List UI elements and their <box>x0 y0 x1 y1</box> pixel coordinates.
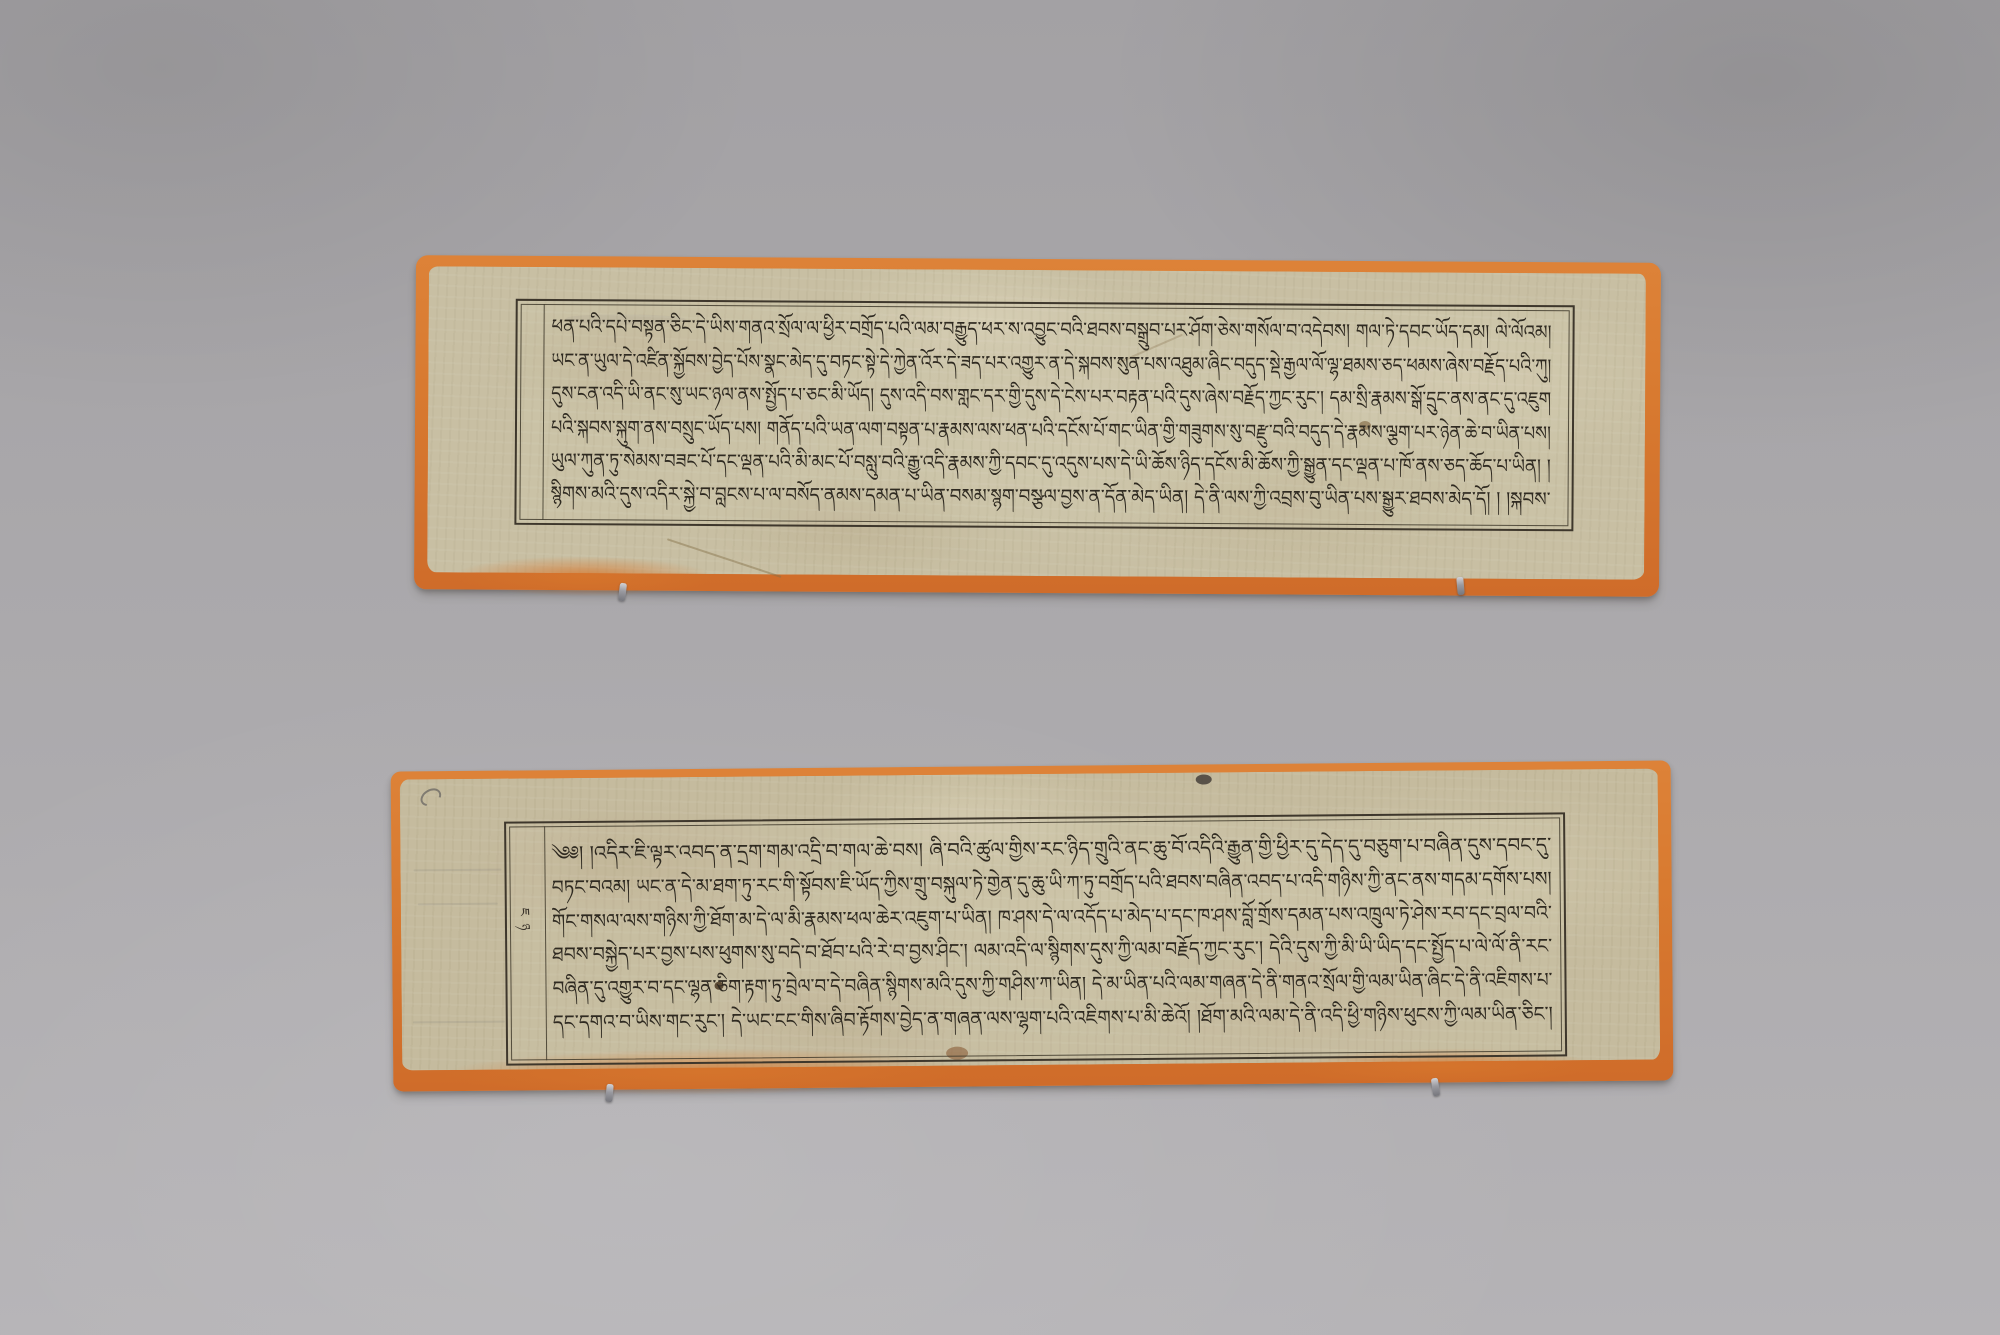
text-line: ཕན་པའི་དཔེ་བསྟན་ཅིང་དེ་ཡིས་གནའ་སྲོལ་ལ་ཕྱ… <box>551 311 1551 353</box>
text-line: ཡུལ་ཀུན་ཏུ་སེམས་བཟང་པོ་དང་ལྡན་པའི་མི་མང་… <box>551 445 1551 485</box>
text-line: བཞིན་དུ་འགྱུར་བ་དང་ལྷན་ཅིག་རྟག་ཏུ་བྲེལ་བ… <box>552 964 1552 1005</box>
text-line: དུས་ངན་འདི་ཡི་ནང་སུ་ཡང་ཉལ་ནས་སྤྱོད་པ་ཅང་… <box>551 378 1551 416</box>
edge-paint-blotch <box>454 555 714 597</box>
photo-canvas: ཕན་པའི་དཔེ་བསྟན་ཅིང་དེ་ཡིས་གནའ་སྲོལ་ལ་ཕྱ… <box>0 0 2000 1335</box>
mounting-pin <box>618 583 627 602</box>
text-line: ཐབས་བསྐྱེད་པར་བྱས་པས་ཕུགས་སུ་བདེ་བ་ཐོབ་པ… <box>552 928 1552 972</box>
margin-label-glyph: ཇ <box>517 908 530 916</box>
manuscript-leaf-bottom: ཇ ཉ ༄༅། །འདིར་ཇི་ལྟར་འབད་ན་དྲག་གམ་འདྲི་བ… <box>391 760 1674 1091</box>
text-line: བཏང་བའམ། ཡང་ན་དེ་མ་ཐག་ཏུ་རང་གི་སྟོབས་ཇི་… <box>552 863 1552 907</box>
text-line: སྙིགས་མའི་དུས་འདིར་སྐྱེ་བ་བླངས་པ་ལ་བསོད་… <box>550 478 1550 518</box>
text-line: པའི་སྐབས་སྐུག་ནས་བསྲུང་ཡོད་པས། གནོད་པའི་… <box>551 412 1551 453</box>
stain <box>1196 774 1212 784</box>
mounting-pin <box>605 1084 614 1103</box>
tibetan-text-block-bottom: ༄༅། །འདིར་ཇི་ལྟར་འབད་ན་དྲག་གམ་འདྲི་བ་གལ་… <box>549 821 1556 1055</box>
manuscript-leaf-top: ཕན་པའི་དཔེ་བསྟན་ཅིང་དེ་ཡིས་གནའ་སྲོལ་ལ་ཕྱ… <box>414 255 1661 597</box>
text-line: ཡང་ན་ཡུལ་དེ་འཛིན་སྐྱོབས་བྱེད་པོས་སྣང་མེད… <box>551 345 1551 384</box>
margin-label-glyph: ཉ <box>517 923 530 931</box>
mounting-pin <box>1456 577 1465 596</box>
margin-folio-label: ཇ ཉ <box>508 905 540 933</box>
text-line: གོང་གསལ་ལས་གཉིས་ཀྱི་ཐོག་མ་དེ་ལ་མི་རྣམས་ཕ… <box>551 895 1552 938</box>
tibetan-text-block-top: ཕན་པའི་དཔེ་བསྟན་ཅིང་དེ་ཡིས་གནའ་སྲོལ་ལ་ཕྱ… <box>548 307 1559 521</box>
text-line: དང་དགའ་བ་ཡིས་གང་རུང་། དེ་ཡང་ངང་གིས་ཞིབ་ར… <box>553 998 1553 1039</box>
text-line: ༄༅། །འདིར་ཇི་ལྟར་འབད་ན་དྲག་གམ་འདྲི་བ་གལ་… <box>551 829 1551 871</box>
